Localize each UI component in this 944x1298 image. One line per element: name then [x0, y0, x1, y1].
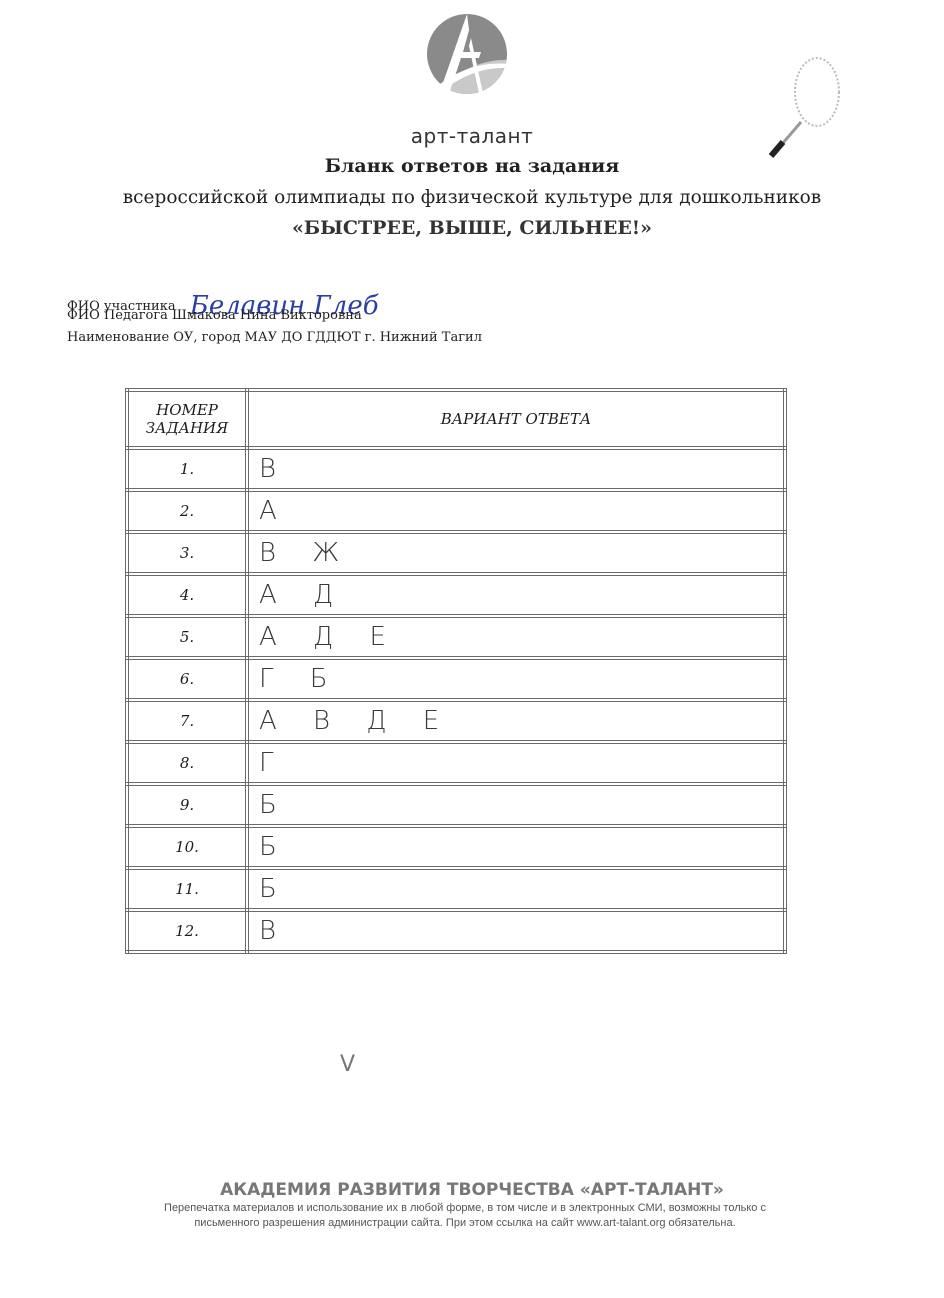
answer-cell[interactable]: А Д Е: [247, 616, 785, 658]
table-row: 3.В Ж: [127, 532, 785, 574]
task-number: 7.: [127, 700, 247, 742]
answer-cell[interactable]: В: [247, 910, 785, 952]
answer-cell[interactable]: Б: [247, 826, 785, 868]
organization-row: Наименование ОУ, город МАУ ДО ГДДЮТ г. Н…: [67, 330, 482, 345]
task-number: 1.: [127, 448, 247, 490]
task-number: 4.: [127, 574, 247, 616]
table-row: 10.Б: [127, 826, 785, 868]
footer-title: АКАДЕМИЯ РАЗВИТИЯ ТВОРЧЕСТВА «АРТ-ТАЛАНТ…: [0, 1180, 944, 1200]
answer-cell[interactable]: Б: [247, 784, 785, 826]
task-number: 12.: [127, 910, 247, 952]
table-row: 8.Г: [127, 742, 785, 784]
table-row: 7.А В Д Е: [127, 700, 785, 742]
task-number: 10.: [127, 826, 247, 868]
teacher-row: ФИО Педагога Шмакова Нина Викторовна: [67, 308, 362, 323]
table-row: 2.А: [127, 490, 785, 532]
check-mark: V: [340, 1052, 355, 1077]
task-number: 6.: [127, 658, 247, 700]
header-task-number-line1: НОМЕР: [156, 401, 218, 419]
answer-cell[interactable]: Г Б: [247, 658, 785, 700]
task-number: 9.: [127, 784, 247, 826]
table-row: 9.Б: [127, 784, 785, 826]
answer-cell[interactable]: Б: [247, 868, 785, 910]
task-number: 8.: [127, 742, 247, 784]
answer-cell[interactable]: Г: [247, 742, 785, 784]
form-title: Бланк ответов на задания: [0, 155, 944, 177]
footer-text-line1: Перепечатка материалов и использование и…: [85, 1201, 845, 1216]
task-number: 11.: [127, 868, 247, 910]
header-task-number: НОМЕР ЗАДАНИЯ: [127, 390, 247, 448]
answer-cell[interactable]: В: [247, 448, 785, 490]
table-row: 12.В: [127, 910, 785, 952]
task-number: 2.: [127, 490, 247, 532]
footer-text-line2: письменного разрешения администрации сай…: [85, 1216, 845, 1231]
footer-copyright: Перепечатка материалов и использование и…: [85, 1201, 845, 1231]
table-row: 1.В: [127, 448, 785, 490]
organization-label: Наименование ОУ, город: [67, 330, 240, 345]
header-answer-variant: ВАРИАНТ ОТВЕТА: [247, 390, 785, 448]
answer-table: НОМЕР ЗАДАНИЯ ВАРИАНТ ОТВЕТА 1.В2.А3.В Ж…: [125, 388, 787, 954]
answer-cell[interactable]: А В Д Е: [247, 700, 785, 742]
answer-cell[interactable]: А Д: [247, 574, 785, 616]
olympiad-motto: «БЫСТРЕЕ, ВЫШЕ, СИЛЬНЕЕ!»: [0, 217, 944, 239]
task-number: 5.: [127, 616, 247, 658]
task-number: 3.: [127, 532, 247, 574]
answer-cell[interactable]: А: [247, 490, 785, 532]
table-row: 11.Б: [127, 868, 785, 910]
olympiad-subtitle: всероссийской олимпиады по физической ку…: [0, 187, 944, 208]
art-talant-logo-icon: [425, 8, 509, 114]
teacher-value: Шмакова Нина Викторовна: [172, 308, 362, 323]
brand-name: арт-талант: [0, 124, 944, 148]
table-row: 4.А Д: [127, 574, 785, 616]
header-task-number-line2: ЗАДАНИЯ: [146, 419, 229, 437]
table-row: 6.Г Б: [127, 658, 785, 700]
table-row: 5.А Д Е: [127, 616, 785, 658]
answer-cell[interactable]: В Ж: [247, 532, 785, 574]
teacher-label: ФИО Педагога: [67, 308, 168, 323]
organization-value: МАУ ДО ГДДЮТ г. Нижний Тагил: [245, 330, 482, 345]
